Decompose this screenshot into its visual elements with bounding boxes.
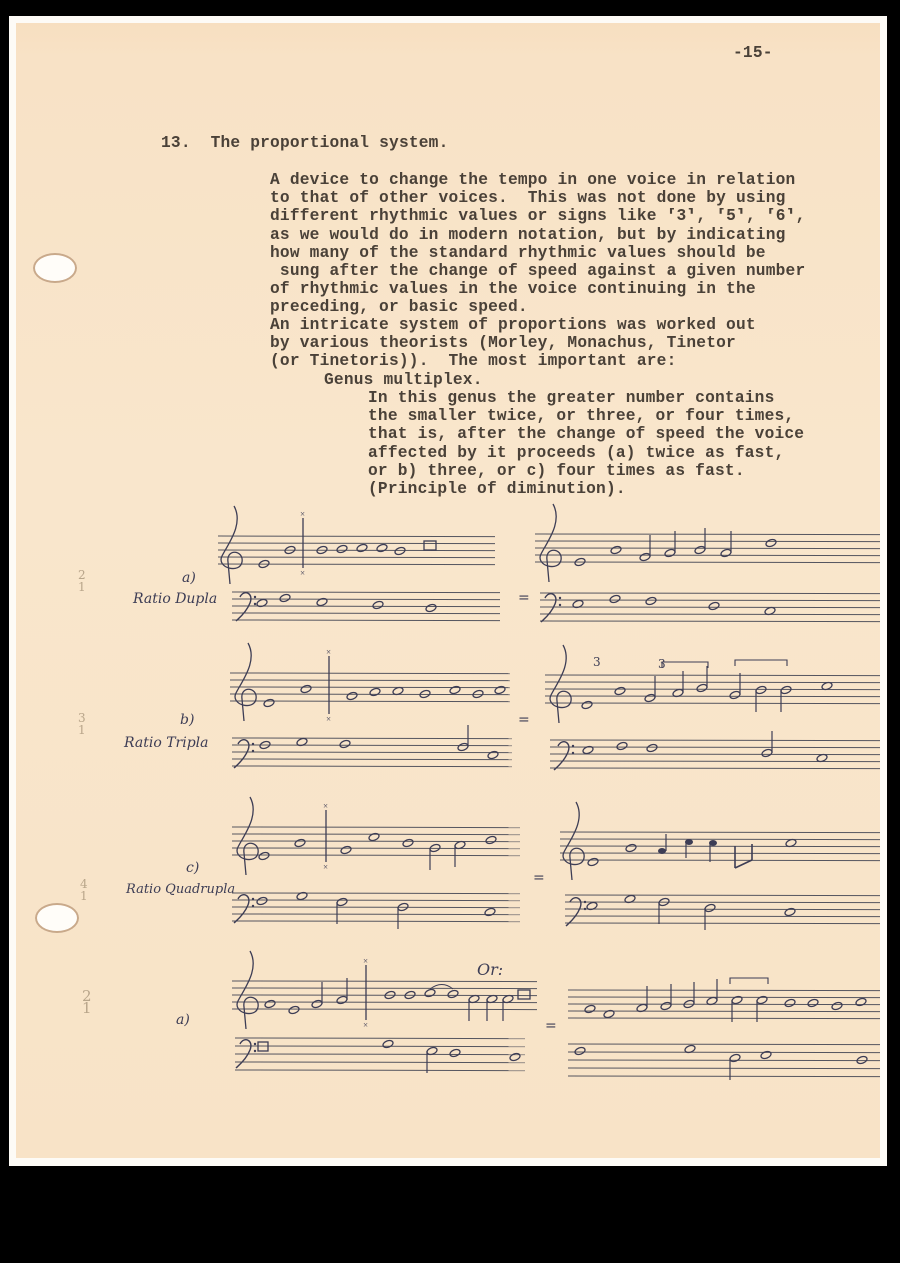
svg-text:×: ×: [326, 647, 331, 657]
svg-text:×: ×: [323, 801, 328, 811]
svg-text:×: ×: [326, 714, 331, 724]
svg-text:×: ×: [363, 1020, 368, 1030]
music-notation-examples: ××××××××: [0, 0, 900, 1263]
svg-text:×: ×: [300, 509, 305, 519]
svg-text:×: ×: [323, 862, 328, 872]
svg-text:×: ×: [363, 956, 368, 966]
svg-text:×: ×: [300, 568, 305, 578]
